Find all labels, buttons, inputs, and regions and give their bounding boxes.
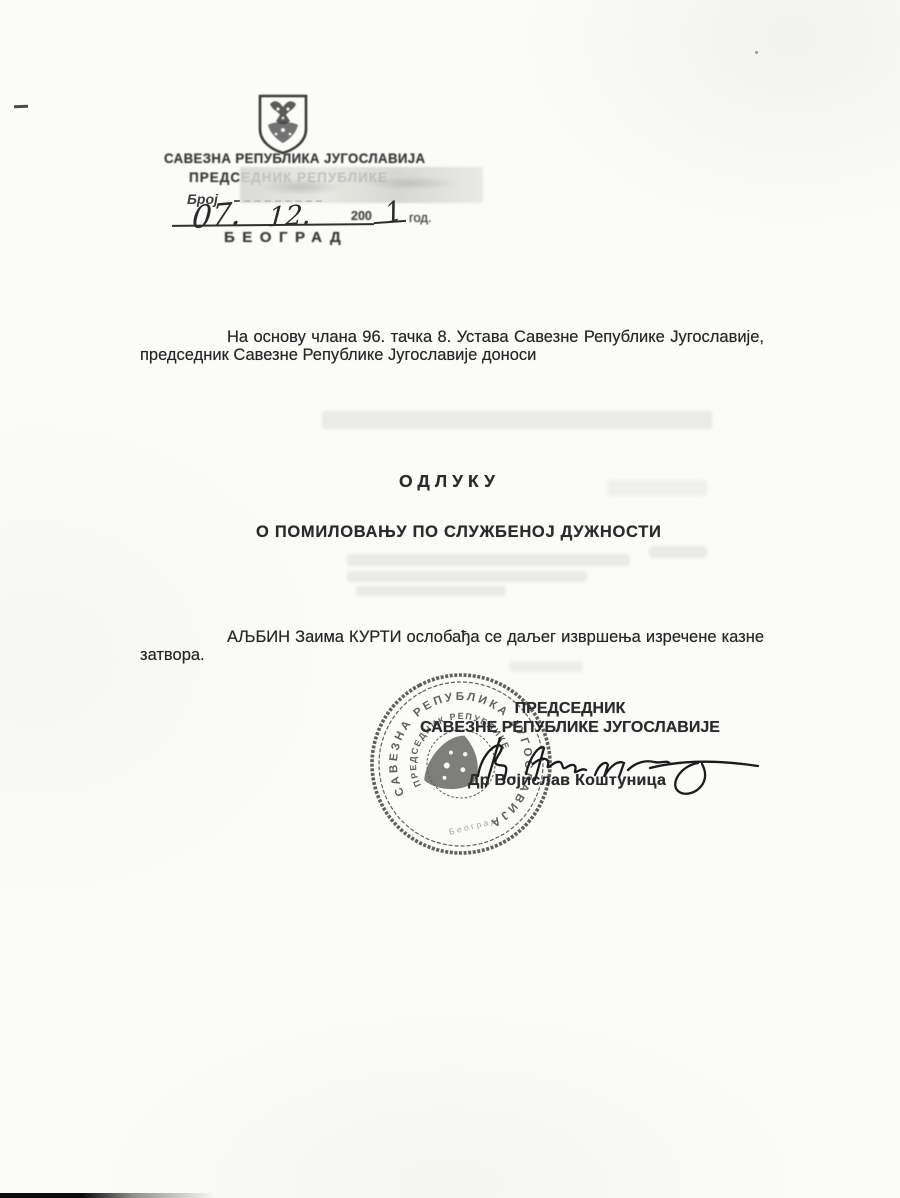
bleed-through-text <box>356 586 506 596</box>
signatory-name: Др Војислав Коштуница <box>468 772 666 790</box>
decision-body: АЉБИН Заима КУРТИ ослобађа се даљег извр… <box>140 629 764 664</box>
decision-title: ОДЛУКУ <box>399 471 500 492</box>
coat-of-arms-icon <box>255 94 311 156</box>
redaction-blur <box>240 167 483 203</box>
stamp-bottom-text: Београд <box>448 815 499 837</box>
bleed-through-text <box>322 411 712 429</box>
handwritten-signature <box>440 698 770 808</box>
scan-edge-artifact <box>0 1193 215 1198</box>
scan-speck <box>755 51 758 54</box>
bleed-through-text <box>649 546 707 558</box>
bleed-through-text <box>607 480 707 496</box>
intro-paragraph: На основу члана 96. тачка 8. Устава Саве… <box>140 329 764 364</box>
date-suffix: год. <box>409 210 432 225</box>
bleed-through-text <box>347 571 587 582</box>
letterhead-country: САВЕЗНА РЕПУБЛИКА ЈУГОСЛАВИЈА <box>164 151 426 166</box>
decision-subtitle: О ПОМИЛОВАЊУ ПО СЛУЖБЕНОЈ ДУЖНОСТИ <box>256 523 662 542</box>
date-year-printed: 200 <box>351 209 372 223</box>
letterhead-city: БЕОГРАД <box>224 229 348 246</box>
bleed-through-text <box>347 554 630 566</box>
scan-dash-artifact <box>14 105 28 108</box>
scanned-decree-page: САВЕЗНА РЕПУБЛИКА ЈУГОСЛАВИЈА ПРЕДСЕДНИК… <box>0 0 900 1198</box>
